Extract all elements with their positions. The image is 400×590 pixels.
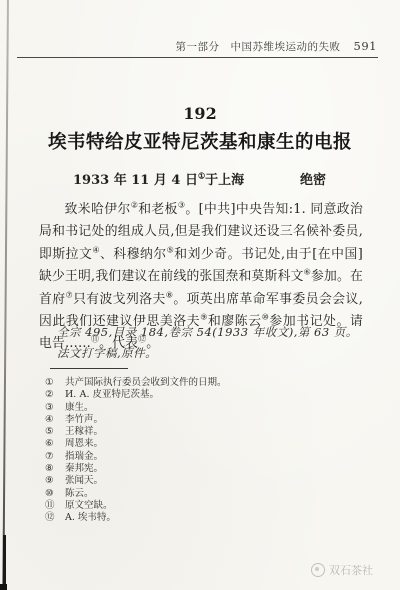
footnote-item: ⑦ 指瑞金。 [45,451,382,463]
footnote-text: 共产国际执行委员会收到文件的日期。 [65,377,382,389]
watermark-text: 双石茶社 [329,562,373,578]
footnote-item: ⑨ 张闻天。 [45,475,382,487]
watermark-logo-icon [311,563,325,577]
scan-edge-artifact [2,0,8,590]
footnote-text: 指瑞金。 [65,451,382,463]
header-section: 第一部分 [176,39,220,54]
footnote-item: ⑫ A. 埃韦特。 [45,512,382,524]
document-number: 192 [0,104,400,123]
scan-edge-dark-artifact [3,535,6,590]
footnote-text: A. 埃韦特。 [65,512,382,524]
footnote-item: ⑤ 王稼祥。 [45,426,382,438]
header-rule [17,57,378,58]
footnote-marker: ⑦ [45,451,65,463]
scan-corner-artifact [0,584,7,590]
footnote-text: 康生。 [65,402,382,414]
scanned-book-page: 第一部分 中国苏维埃运动的失败 591 192 埃韦特给皮亚特尼茨基和康生的电报… [0,0,400,590]
classification-label: 绝密 [300,169,326,188]
footnote-marker: ② [45,389,65,401]
original-format-line: 法文打字稿,原件。 [57,343,360,364]
footnote-marker: ⑩ [45,488,65,500]
footnote-text: 陈云。 [65,488,382,500]
footnote-marker: ⑨ [45,475,65,487]
footnote-item: ④ 李竹声。 [45,414,382,426]
footnote-item: ⑧ 秦邦宪。 [45,463,382,475]
footnote-marker: ⑫ [45,512,65,524]
footnote-marker: ④ [45,414,65,426]
footnote-marker: ⑤ [45,426,65,438]
footnote-item: ① 共产国际执行委员会收到文件的日期。 [45,377,382,389]
footnote-item: ⑥ 周恩来。 [45,438,382,450]
footnote-text: И. А. 皮亚特尼茨基。 [65,389,382,401]
archive-reference-line: 全宗 495,目录 184,卷宗 54(1933 年收文),第 63 页。 [57,322,360,343]
footnote-item: ⑪ 原文空缺。 [45,500,382,512]
footnote-text: 李竹声。 [65,414,382,426]
watermark: 双石茶社 [311,562,373,578]
footnote-item: ② И. А. 皮亚特尼茨基。 [45,389,382,401]
header-page-number: 591 [354,39,377,53]
footnote-item: ⑩ 陈云。 [45,488,382,500]
footnote-marker: ⑪ [45,500,65,512]
footnote-item: ③ 康生。 [45,402,382,414]
footnote-text: 秦邦宪。 [65,463,382,475]
footnote-text: 张闻天。 [65,475,382,487]
footnote-text: 周恩来。 [65,438,382,450]
header-book-title: 中国苏维埃运动的失败 [231,39,341,54]
dateline: 1933 年 11 月 4 日①于上海 绝密 [73,169,326,188]
footnote-text: 王稼祥。 [65,426,382,438]
footnote-marker: ③ [45,402,65,414]
dateline-date-place: 1933 年 11 月 4 日①于上海 [73,169,244,188]
footnote-list: ① 共产国际执行委员会收到文件的日期。 ② И. А. 皮亚特尼茨基。 ③ 康生… [45,377,382,525]
document-title: 埃韦特给皮亚特尼茨基和康生的电报 [0,128,400,154]
footnote-separator-rule [50,368,128,369]
footnote-marker: ⑧ [45,463,65,475]
footnote-marker: ⑥ [45,438,65,450]
running-header: 第一部分 中国苏维埃运动的失败 591 [20,39,377,54]
footnote-marker: ① [45,377,65,389]
footnote-text: 原文空缺。 [65,500,382,512]
archive-source: 全宗 495,目录 184,卷宗 54(1933 年收文),第 63 页。 法文… [57,322,360,363]
